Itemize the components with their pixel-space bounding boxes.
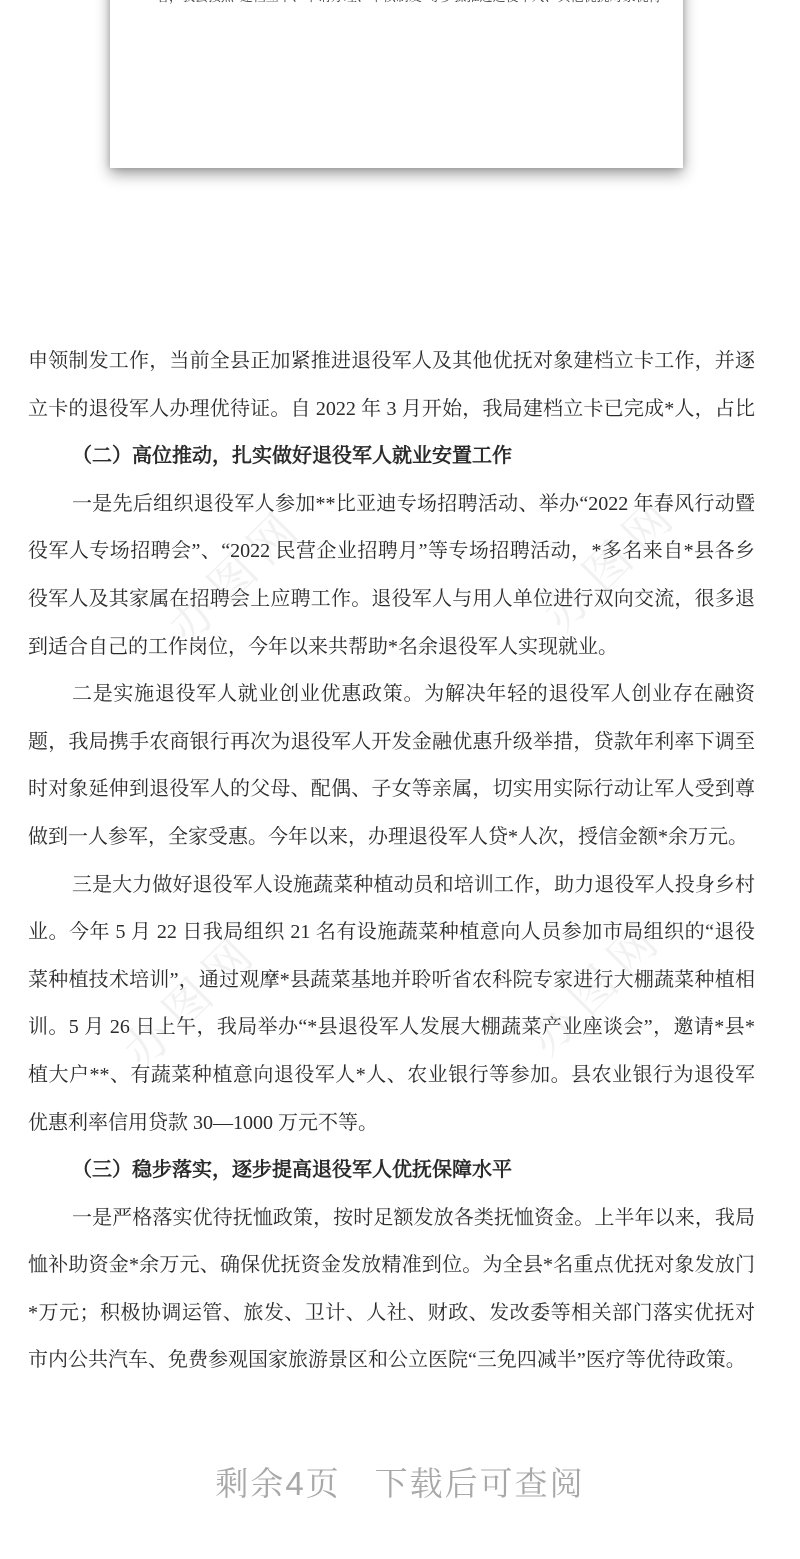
remaining-pages-count: 剩余4页 bbox=[215, 1458, 340, 1505]
section-heading: （三）稳步落实，逐步提高退役军人优抚保障水平 bbox=[28, 1147, 755, 1195]
doc-line: 业。今年 5 月 22 日我局组织 21 名有设施蔬菜种植意向人员参加市局组织的… bbox=[28, 909, 755, 957]
doc-line: 立卡的退役军人办理优待证。自 2022 年 3 月开始，我局建档立卡已完成*人，… bbox=[28, 386, 755, 434]
doc-line: 训。5 月 26 日上午，我局举办“*县退役军人发展大棚蔬菜产业座谈会”，邀请*… bbox=[28, 1004, 755, 1052]
doc-line: 役军人专场招聘会”、“2022 民营企业招聘月”等专场招聘活动，*多名来自*县各… bbox=[28, 528, 755, 576]
remaining-pages-notice: 剩余4页 下载后可查阅 bbox=[0, 1458, 800, 1505]
doc-line: 二是实施退役军人就业创业优惠政策。为解决年轻的退役军人创业存在融资难、融资贵问 bbox=[28, 671, 755, 719]
doc-line: 恤补助资金*余万元、确保优抚资金发放精准到位。为全县*名重点优抚对象发放门诊定额… bbox=[28, 1242, 755, 1290]
download-hint: 下载后可查阅 bbox=[375, 1458, 585, 1505]
doc-line: 优惠利率信用贷款 30—1000 万元不等。 bbox=[28, 1100, 755, 1148]
doc-line: 一是先后组织退役军人参加**比亚迪专场招聘活动、举办“2022 年春风行动暨比亚… bbox=[28, 481, 755, 529]
doc-line: 时对象延伸到退役军人的父母、配偶、子女等亲属，切实用实际行动让军人受到尊崇和优待… bbox=[28, 766, 755, 814]
doc-line: 申领制发工作，当前全县正加紧推进退役军人及其他优抚对象建档立卡工作，并逐步为已建… bbox=[28, 338, 755, 386]
doc-line: 植大户**、有蔬菜种植意向退役军人*人、农业银行等参加。县农业银行为退役军人提供… bbox=[28, 1052, 755, 1100]
doc-line: 市内公共汽车、免费参观国家旅游景区和公立医院“三免四减半”医疗等优待政策。 bbox=[28, 1337, 755, 1385]
doc-line: 三是大力做好退役军人设施蔬菜种植动员和培训工作，助力退役军人投身乡村振兴就业创 bbox=[28, 862, 755, 910]
doc-line: 题，我局携手农商银行再次为退役军人开发金融优惠升级举措，贷款年利率下调至 5.9… bbox=[28, 719, 755, 767]
doc-line: 役军人及其家属在招聘会上应聘工作。退役军人与用人单位进行双向交流，很多退役军人都… bbox=[28, 576, 755, 624]
doc-line: 一是严格落实优待抚恤政策，按时足额发放各类抚恤资金。上半年以来，我局累计发放抚 bbox=[28, 1195, 755, 1243]
doc-line: 做到一人参军，全家受惠。今年以来，办理退役军人贷*人次，授信金额*余万元。 bbox=[28, 814, 755, 862]
previous-page-tail-text: 着，我县按照“建档立卡、申请办理、审核制发”等步骤推进退役军人、其他优抚对象优待… bbox=[156, 0, 661, 6]
document-body: 申领制发工作，当前全县正加紧推进退役军人及其他优抚对象建档立卡工作，并逐步为已建… bbox=[28, 338, 755, 1385]
previous-page-card: 着，我县按照“建档立卡、申请办理、审核制发”等步骤推进退役军人、其他优抚对象优待… bbox=[110, 0, 683, 168]
doc-line: 菜种植技术培训”，通过观摩*县蔬菜基地并聆听省农科院专家进行大棚蔬菜种植相关技术… bbox=[28, 957, 755, 1005]
doc-line: 到适合自己的工作岗位，今年以来共帮助*名余退役军人实现就业。 bbox=[28, 624, 755, 672]
doc-line: *万元；积极协调运管、旅发、卫计、人社、财政、发改委等相关部门落实优抚对象免费乘… bbox=[28, 1290, 755, 1338]
section-heading: （二）高位推动，扎实做好退役军人就业安置工作 bbox=[28, 433, 755, 481]
document-preview-page: 办图网办图网办图网办图网 着，我县按照“建档立卡、申请办理、审核制发”等步骤推进… bbox=[0, 0, 800, 1559]
